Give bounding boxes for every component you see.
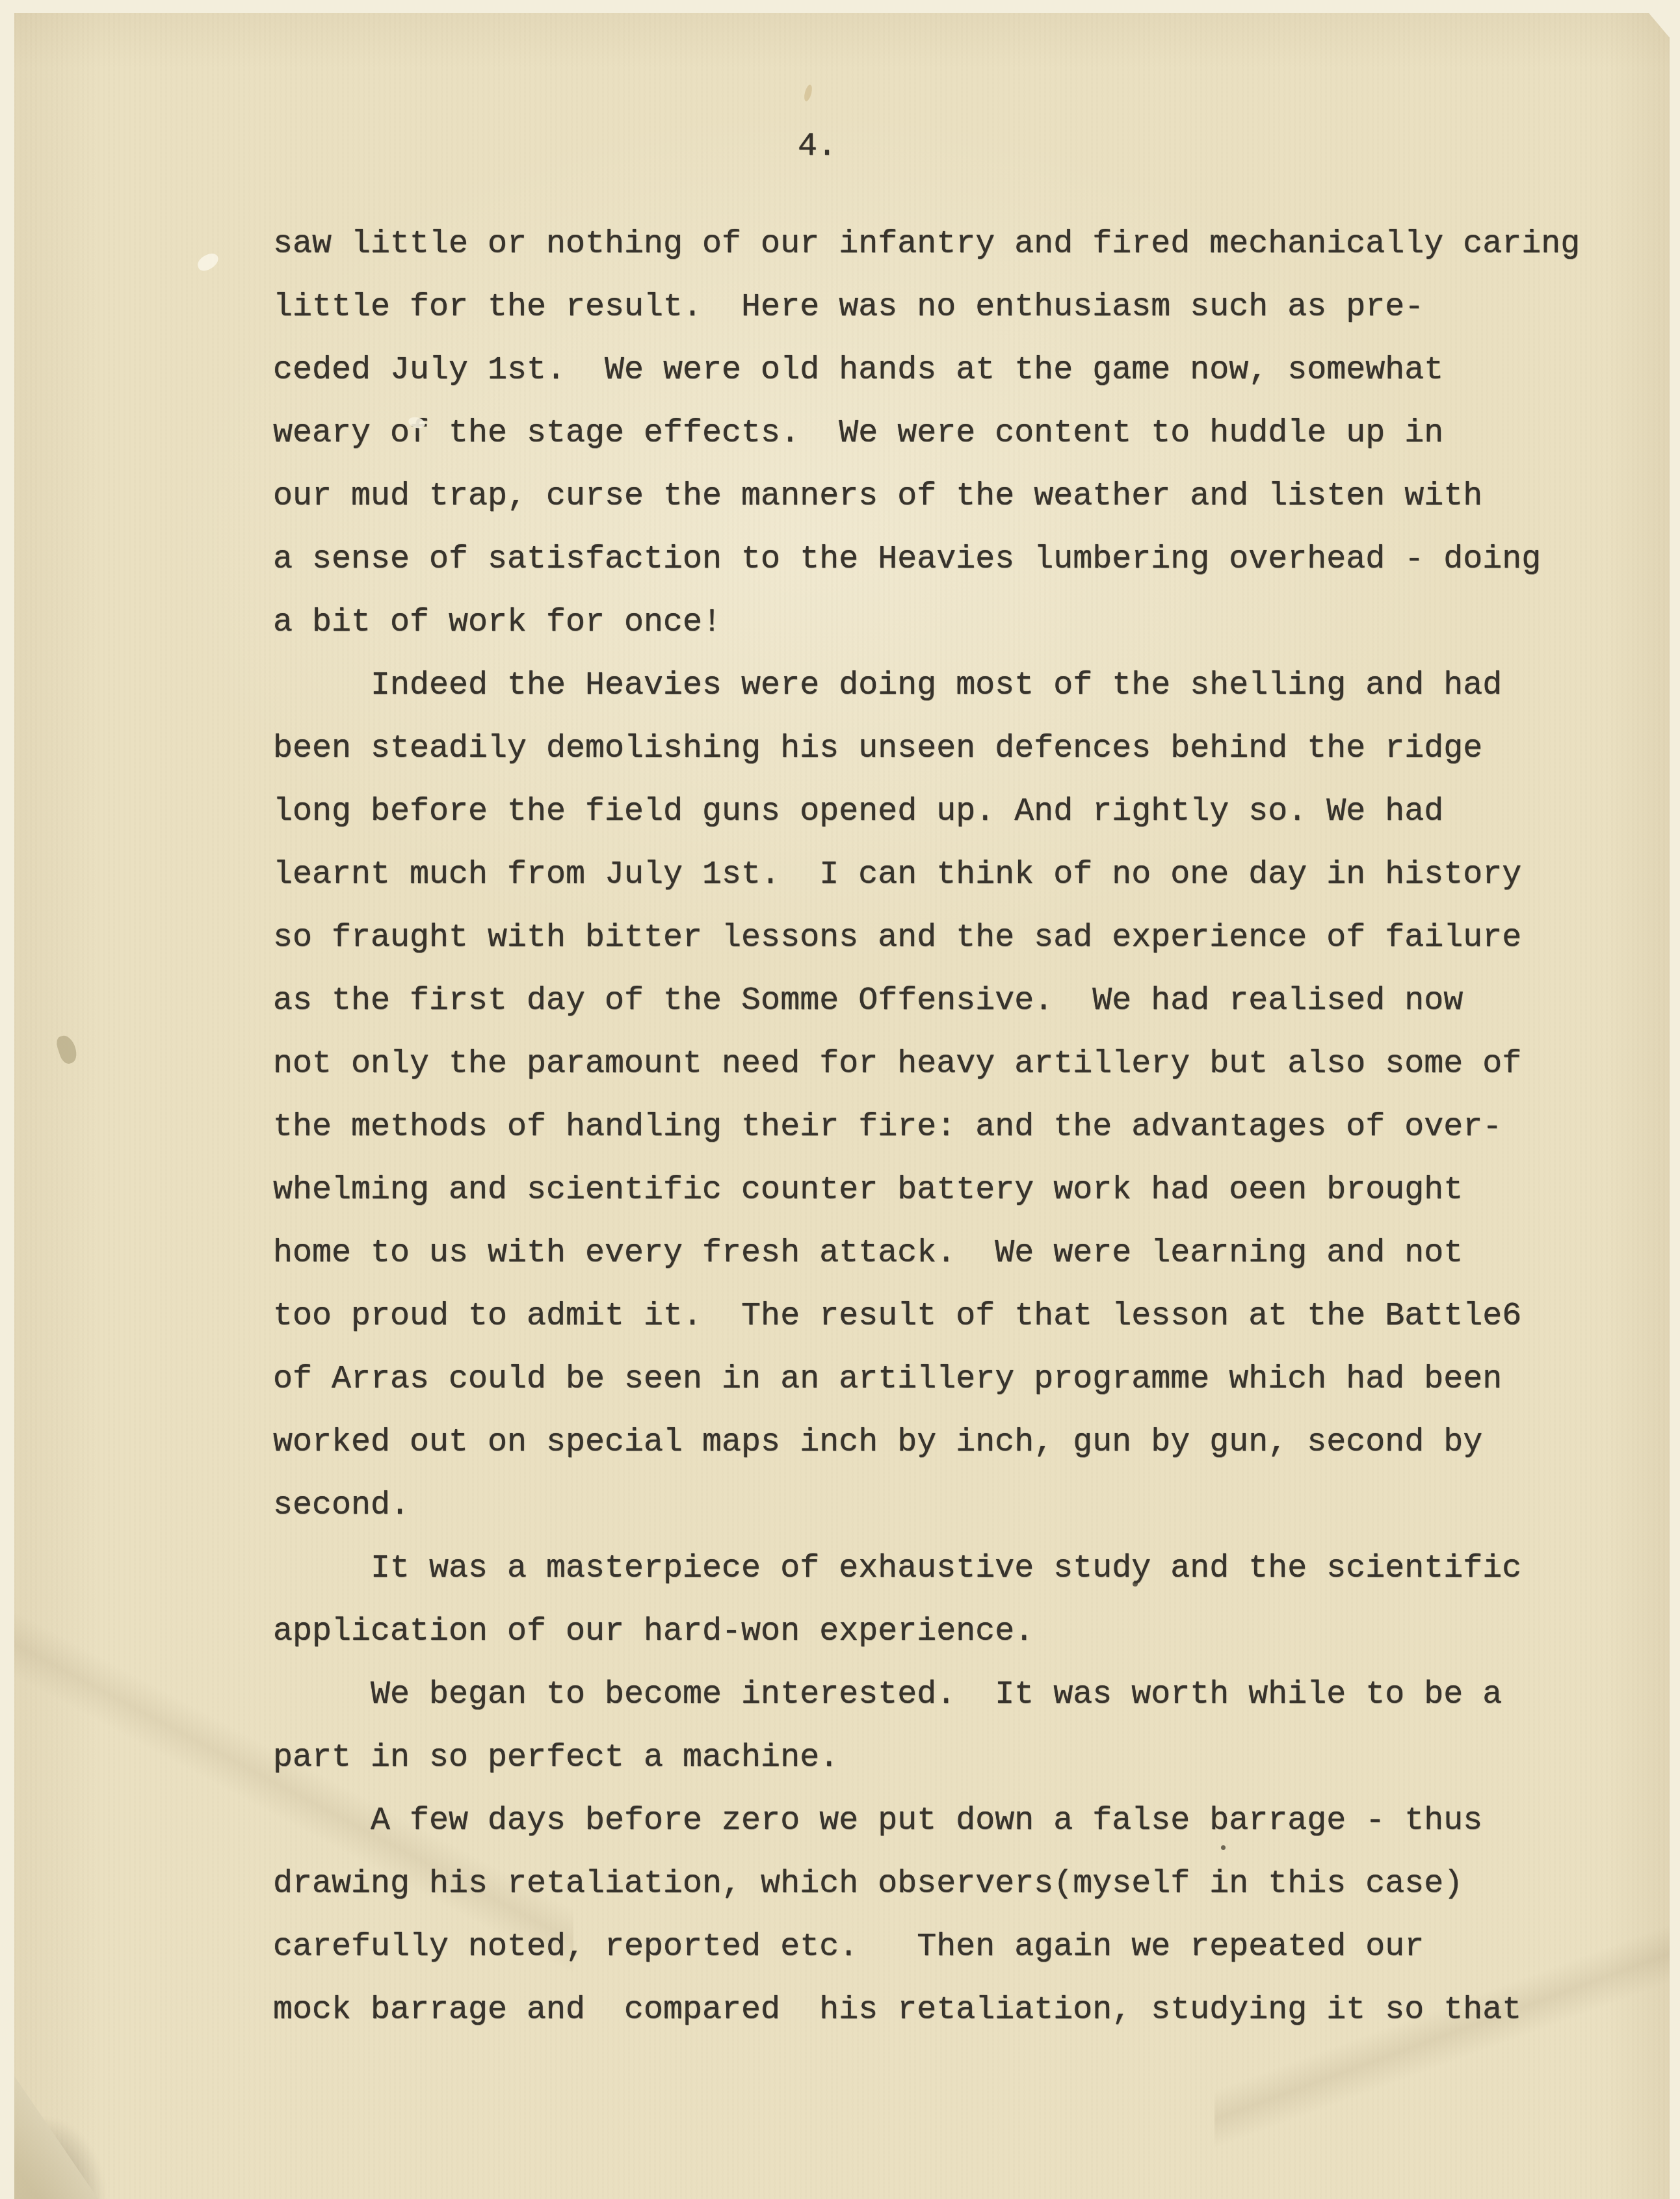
typescript-line: We began to become interested. It was wo… (273, 1663, 1580, 1726)
typescript-line: long before the field guns opened up. An… (273, 780, 1580, 843)
typescript-line: of Arras could be seen in an artillery p… (273, 1348, 1580, 1411)
typescript-line: weary of the stage effects. We were cont… (273, 402, 1580, 465)
typescript-line: learnt much from July 1st. I can think o… (273, 843, 1580, 906)
paper-blemish (55, 1033, 79, 1066)
typescript-line: a sense of satisfaction to the Heavies l… (273, 528, 1580, 591)
typescript-line: Indeed the Heavies were doing most of th… (273, 654, 1580, 717)
paper-speck (803, 84, 813, 102)
typescript-line: A few days before zero we put down a fal… (273, 1789, 1580, 1852)
typescript-line: whelming and scientific counter battery … (273, 1159, 1580, 1222)
typescript-line: carefully noted, reported etc. Then agai… (273, 1916, 1580, 1979)
document-page: 4. saw little or nothing of our infantry… (14, 13, 1670, 2199)
typescript-line: drawing his retaliation, which observers… (273, 1852, 1580, 1916)
typescript-line: as the first day of the Somme Offensive.… (273, 969, 1580, 1033)
paper-fleck (195, 251, 221, 273)
typescript-body: saw little or nothing of our infantry an… (273, 213, 1580, 2042)
typescript-line: home to us with every fresh attack. We w… (273, 1222, 1580, 1285)
typescript-line: part in so perfect a machine. (273, 1726, 1580, 1789)
typescript-line: a bit of work for once! (273, 591, 1580, 654)
typescript-line: mock barrage and compared his retaliatio… (273, 1979, 1580, 2042)
typescript-line: worked out on special maps inch by inch,… (273, 1411, 1580, 1474)
typescript-line: saw little or nothing of our infantry an… (273, 213, 1580, 276)
typescript-line: been steadily demolishing his unseen def… (273, 717, 1580, 780)
typescript-line: so fraught with bitter lessons and the s… (273, 906, 1580, 969)
typescript-line: application of our hard-won experience. (273, 1600, 1580, 1663)
typescript-line: little for the result. Here was no enthu… (273, 276, 1580, 339)
typescript-line: second. (273, 1474, 1580, 1537)
typescript-line: It was a masterpiece of exhaustive study… (273, 1537, 1580, 1600)
page-number: 4. (798, 127, 837, 166)
typescript-line: our mud trap, curse the manners of the w… (273, 465, 1580, 528)
scan-backing: { "document": { "page_number": "4.", "li… (0, 0, 1680, 2199)
typescript-line: ceded July 1st. We were old hands at the… (273, 339, 1580, 402)
typescript-line: too proud to admit it. The result of tha… (273, 1285, 1580, 1348)
typescript-line: not only the paramount need for heavy ar… (273, 1033, 1580, 1096)
typescript-line: the methods of handling their fire: and … (273, 1096, 1580, 1159)
